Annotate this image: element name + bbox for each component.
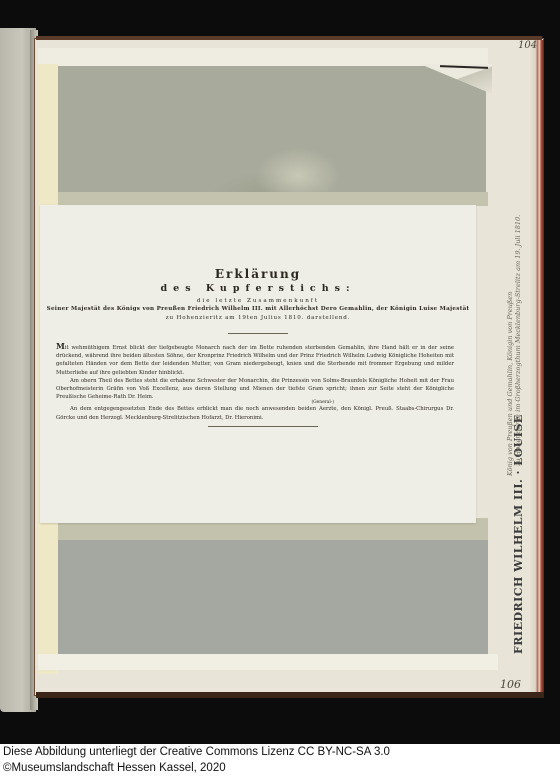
handwritten-caption-1: König von Preußen und Gemahlin, Königin … (506, 292, 514, 476)
engraving-lower-visible (58, 540, 488, 654)
paragraph-3-text: An dem entgegengesetzten Ende des Bettes… (56, 406, 454, 420)
paragraph-1: Mit wehmüthigem Ernst blickt der tiefgeb… (56, 342, 454, 377)
sheet-line-2: Seiner Majestät des Königs von Preußen F… (40, 306, 476, 312)
copyright-text: ©Museumslandschaft Hessen Kassel, 2020 (0, 760, 560, 776)
sheet-title: Erklärung (40, 267, 476, 281)
folio-number-top: 104 (518, 40, 537, 51)
page-edge-right-red-rules (530, 40, 544, 694)
mount-bottom-band (38, 654, 498, 670)
handwritten-caption-2: zu Hohenzieritz im Großherzogthum Meckle… (514, 215, 522, 466)
paragraph-2-text: Am obern Theil des Bettes steht die erha… (56, 378, 454, 400)
engraving-margin-band (58, 192, 488, 206)
paragraph-2: Am obern Theil des Bettes steht die erha… (56, 377, 454, 402)
album-scan: 104 Erklärung des Kupferstichs: die letz… (0, 0, 560, 744)
page-edge-top (36, 36, 542, 40)
closing-rule (208, 426, 318, 427)
sheet-body: Mit wehmüthigem Ernst blickt der tiefgeb… (56, 342, 454, 422)
divider-rule (228, 333, 288, 334)
engraving-upper-visible (58, 66, 486, 196)
credit-footer: Diese Abbildung unterliegt der Creative … (0, 744, 560, 779)
page-edge-bottom (36, 692, 544, 698)
dropcap: M (56, 341, 65, 351)
sheet-line-1: die letzte Zusammenkunft (40, 298, 476, 304)
folio-number-bottom: 106 (500, 678, 521, 691)
mount-top-band (38, 48, 488, 66)
margin-caption: FRIEDRICH WILHELM III. · LOUISE König vo… (500, 56, 530, 676)
license-text: Diese Abbildung unterliegt der Creative … (0, 744, 560, 760)
paragraph-3: An dem entgegengesetzten Ende des Bettes… (56, 405, 454, 421)
explanation-sheet: Erklärung des Kupferstichs: die letzte Z… (40, 205, 476, 523)
paragraph-1-text: it wehmüthigem Ernst blickt der tiefgebe… (56, 345, 454, 376)
sheet-subtitle: des Kupferstichs: (40, 283, 476, 294)
sheet-line-3: zu Hohenzieritz am 19ten Julius 1810. da… (40, 315, 476, 321)
